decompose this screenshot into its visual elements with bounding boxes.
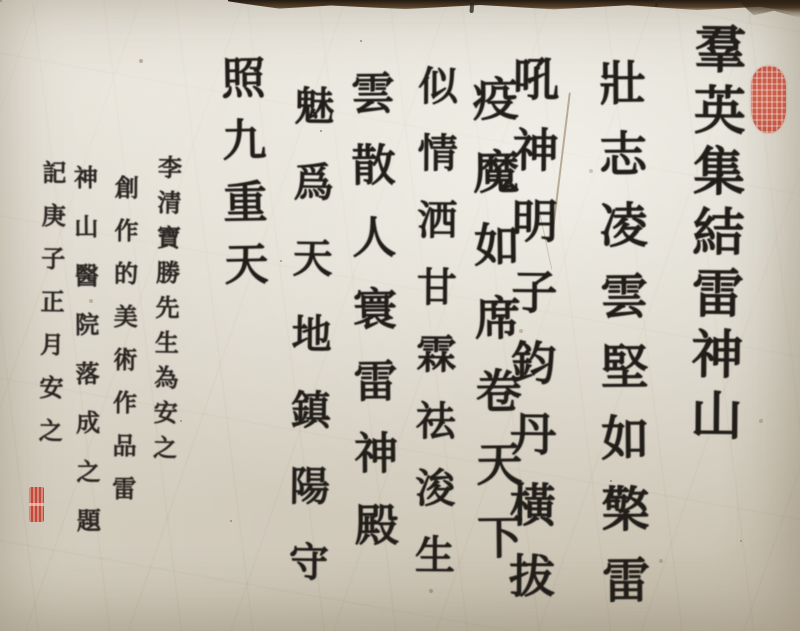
paper-top-right-corner-shadow <box>742 0 800 18</box>
colophon-column-3: 神山醫院落成之題 <box>66 165 104 557</box>
paper-speckles <box>0 0 2 2</box>
red-square-seal-icon <box>29 487 44 522</box>
calligraphy-column-5: 似情洒甘霖祛浚生 <box>403 65 464 601</box>
calligraphy-photo: 羣英集結雷神山 壯志凌雲堅如檠雷 吼神明子鈞丹橫拔 疫魔如席卷天下 似情洒甘霖祛… <box>0 0 800 631</box>
calligraphy-column-1: 羣英集結雷神山 <box>674 22 753 450</box>
colophon-column-4: 記庚子正月安之 <box>31 160 70 461</box>
calligraphy-column-2: 壯志凌雲堅如檠雷 <box>584 58 657 626</box>
red-gourd-seal-icon <box>751 66 786 133</box>
calligraphy-column-8: 照九重天 <box>206 54 274 303</box>
calligraphy-column-4: 疫魔如席卷天下 <box>459 75 530 587</box>
paper-top-edge-shadow <box>228 0 800 13</box>
colophon-column-1: 李清寶勝先生為安之 <box>145 155 185 471</box>
ink-mark-top-edge <box>655 0 658 7</box>
calligraphy-column-6: 雲散人寰雷神殿 <box>336 70 404 575</box>
ink-mark-top-edge <box>469 0 474 13</box>
colophon-column-2: 創作的美術作品雷 <box>104 175 142 519</box>
calligraphy-column-7: 魅爲天地鎮陽守 <box>277 85 340 618</box>
